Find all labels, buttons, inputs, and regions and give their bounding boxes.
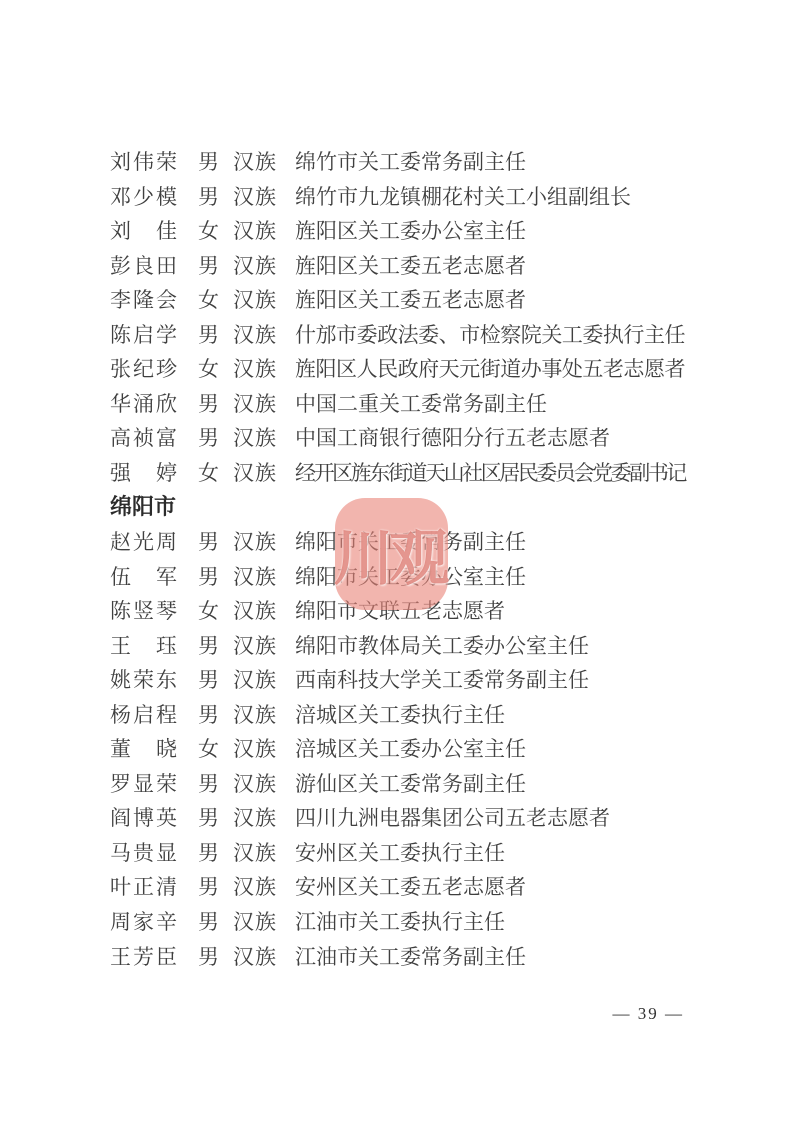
person-position: 四川九洲电器集团公司五老志愿者 <box>295 801 610 836</box>
person-ethnicity: 汉族 <box>233 145 277 180</box>
person-gender: 男 <box>198 801 219 836</box>
person-name: 李隆会 <box>110 283 177 318</box>
person-gender: 女 <box>198 352 219 387</box>
person-ethnicity: 汉族 <box>233 594 277 629</box>
person-position: 旌阳区人民政府天元街道办事处五老志愿者 <box>295 352 685 387</box>
person-ethnicity: 汉族 <box>233 456 277 491</box>
person-name: 罗显荣 <box>110 767 177 802</box>
person-name: 刘佳 <box>110 214 177 249</box>
person-name: 姚荣东 <box>110 663 177 698</box>
person-name: 华涌欣 <box>110 387 177 422</box>
person-position: 游仙区关工委常务副主任 <box>295 767 526 802</box>
person-position: 绵阳市教体局关工委办公室主任 <box>295 629 589 664</box>
person-name: 陈启学 <box>110 318 177 353</box>
table-row: 刘佳 女 汉族 旌阳区关工委办公室主任 <box>0 214 793 249</box>
person-ethnicity: 汉族 <box>233 836 277 871</box>
person-ethnicity: 汉族 <box>233 525 277 560</box>
person-position: 涪城区关工委执行主任 <box>295 698 505 733</box>
person-ethnicity: 汉族 <box>233 801 277 836</box>
person-gender: 男 <box>198 767 219 802</box>
person-gender: 女 <box>198 594 219 629</box>
person-ethnicity: 汉族 <box>233 283 277 318</box>
table-row: 杨启程 男 汉族 涪城区关工委执行主任 <box>0 698 793 733</box>
person-name: 彭良田 <box>110 249 177 284</box>
person-gender: 男 <box>198 629 219 664</box>
person-position: 什邡市委政法委、市检察院关工委执行主任 <box>295 318 685 353</box>
person-position: 西南科技大学关工委常务副主任 <box>295 663 589 698</box>
person-position: 绵阳市关工委常务副主任 <box>295 525 526 560</box>
section-header-label: 绵阳市 <box>110 490 176 525</box>
person-position: 旌阳区关工委办公室主任 <box>295 214 526 249</box>
person-name: 王珏 <box>110 629 177 664</box>
person-position: 旌阳区关工委五老志愿者 <box>295 283 526 318</box>
section-header: 绵阳市 <box>0 490 793 525</box>
person-gender: 男 <box>198 318 219 353</box>
table-row: 董晓 女 汉族 涪城区关工委办公室主任 <box>0 732 793 767</box>
table-row: 伍军 男 汉族 绵阳市关工委办公室主任 <box>0 560 793 595</box>
person-ethnicity: 汉族 <box>233 318 277 353</box>
table-row: 马贵显 男 汉族 安州区关工委执行主任 <box>0 836 793 871</box>
table-row: 阎博英 男 汉族 四川九洲电器集团公司五老志愿者 <box>0 801 793 836</box>
person-gender: 男 <box>198 663 219 698</box>
person-name: 董晓 <box>110 732 177 767</box>
table-row: 陈竖琴 女 汉族 绵阳市文联五老志愿者 <box>0 594 793 629</box>
person-gender: 男 <box>198 249 219 284</box>
page-number: — 39 — <box>613 1003 685 1025</box>
table-row: 刘伟荣 男 汉族 绵竹市关工委常务副主任 <box>0 145 793 180</box>
person-name: 阎博英 <box>110 801 177 836</box>
person-ethnicity: 汉族 <box>233 352 277 387</box>
table-row: 张纪珍 女 汉族 旌阳区人民政府天元街道办事处五老志愿者 <box>0 352 793 387</box>
table-row: 高祯富 男 汉族 中国工商银行德阳分行五老志愿者 <box>0 421 793 456</box>
table-row: 王芳臣 男 汉族 江油市关工委常务副主任 <box>0 940 793 975</box>
table-row: 王珏 男 汉族 绵阳市教体局关工委办公室主任 <box>0 629 793 664</box>
roster-list: 刘伟荣 男 汉族 绵竹市关工委常务副主任 邓少模 男 汉族 绵竹市九龙镇棚花村关… <box>0 145 793 974</box>
person-gender: 男 <box>198 421 219 456</box>
person-position: 涪城区关工委办公室主任 <box>295 732 526 767</box>
person-gender: 男 <box>198 387 219 422</box>
person-position: 中国二重关工委常务副主任 <box>295 387 547 422</box>
person-ethnicity: 汉族 <box>233 249 277 284</box>
person-ethnicity: 汉族 <box>233 732 277 767</box>
person-name: 叶正清 <box>110 870 177 905</box>
person-position: 绵竹市关工委常务副主任 <box>295 145 526 180</box>
table-row: 李隆会 女 汉族 旌阳区关工委五老志愿者 <box>0 283 793 318</box>
person-gender: 男 <box>198 905 219 940</box>
person-position: 旌阳区关工委五老志愿者 <box>295 249 526 284</box>
person-gender: 男 <box>198 940 219 975</box>
person-ethnicity: 汉族 <box>233 180 277 215</box>
table-row: 强婷 女 汉族 经开区旌东街道天山社区居民委员会党委副书记 <box>0 456 793 491</box>
person-gender: 男 <box>198 560 219 595</box>
person-gender: 男 <box>198 698 219 733</box>
person-gender: 男 <box>198 145 219 180</box>
person-position: 绵阳市文联五老志愿者 <box>295 594 505 629</box>
table-row: 陈启学 男 汉族 什邡市委政法委、市检察院关工委执行主任 <box>0 318 793 353</box>
person-name: 马贵显 <box>110 836 177 871</box>
person-position: 安州区关工委五老志愿者 <box>295 870 526 905</box>
person-name: 陈竖琴 <box>110 594 177 629</box>
table-row: 华涌欣 男 汉族 中国二重关工委常务副主任 <box>0 387 793 422</box>
person-position: 安州区关工委执行主任 <box>295 836 505 871</box>
person-ethnicity: 汉族 <box>233 940 277 975</box>
person-ethnicity: 汉族 <box>233 905 277 940</box>
table-row: 叶正清 男 汉族 安州区关工委五老志愿者 <box>0 870 793 905</box>
person-gender: 女 <box>198 283 219 318</box>
table-row: 彭良田 男 汉族 旌阳区关工委五老志愿者 <box>0 249 793 284</box>
table-row: 赵光周 男 汉族 绵阳市关工委常务副主任 <box>0 525 793 560</box>
table-row: 邓少模 男 汉族 绵竹市九龙镇棚花村关工小组副组长 <box>0 180 793 215</box>
person-ethnicity: 汉族 <box>233 629 277 664</box>
table-row: 姚荣东 男 汉族 西南科技大学关工委常务副主任 <box>0 663 793 698</box>
table-row: 周家辛 男 汉族 江油市关工委执行主任 <box>0 905 793 940</box>
person-name: 高祯富 <box>110 421 177 456</box>
person-name: 杨启程 <box>110 698 177 733</box>
person-gender: 男 <box>198 180 219 215</box>
person-ethnicity: 汉族 <box>233 698 277 733</box>
person-name: 伍军 <box>110 560 177 595</box>
person-ethnicity: 汉族 <box>233 387 277 422</box>
person-position: 经开区旌东街道天山社区居民委员会党委副书记 <box>295 456 685 491</box>
person-name: 张纪珍 <box>110 352 177 387</box>
person-ethnicity: 汉族 <box>233 663 277 698</box>
person-position: 绵阳市关工委办公室主任 <box>295 560 526 595</box>
person-name: 邓少模 <box>110 180 177 215</box>
person-name: 刘伟荣 <box>110 145 177 180</box>
person-gender: 女 <box>198 732 219 767</box>
document-page: 刘伟荣 男 汉族 绵竹市关工委常务副主任 邓少模 男 汉族 绵竹市九龙镇棚花村关… <box>0 0 793 1122</box>
person-name: 周家辛 <box>110 905 177 940</box>
person-gender: 男 <box>198 870 219 905</box>
table-row: 罗显荣 男 汉族 游仙区关工委常务副主任 <box>0 767 793 802</box>
person-name: 赵光周 <box>110 525 177 560</box>
person-name: 王芳臣 <box>110 940 177 975</box>
person-name: 强婷 <box>110 456 177 491</box>
person-ethnicity: 汉族 <box>233 421 277 456</box>
person-gender: 女 <box>198 214 219 249</box>
person-gender: 女 <box>198 456 219 491</box>
person-ethnicity: 汉族 <box>233 560 277 595</box>
person-gender: 男 <box>198 525 219 560</box>
person-ethnicity: 汉族 <box>233 870 277 905</box>
person-position: 绵竹市九龙镇棚花村关工小组副组长 <box>295 180 631 215</box>
person-ethnicity: 汉族 <box>233 214 277 249</box>
person-position: 江油市关工委执行主任 <box>295 905 505 940</box>
person-gender: 男 <box>198 836 219 871</box>
person-ethnicity: 汉族 <box>233 767 277 802</box>
person-position: 中国工商银行德阳分行五老志愿者 <box>295 421 610 456</box>
person-position: 江油市关工委常务副主任 <box>295 940 526 975</box>
